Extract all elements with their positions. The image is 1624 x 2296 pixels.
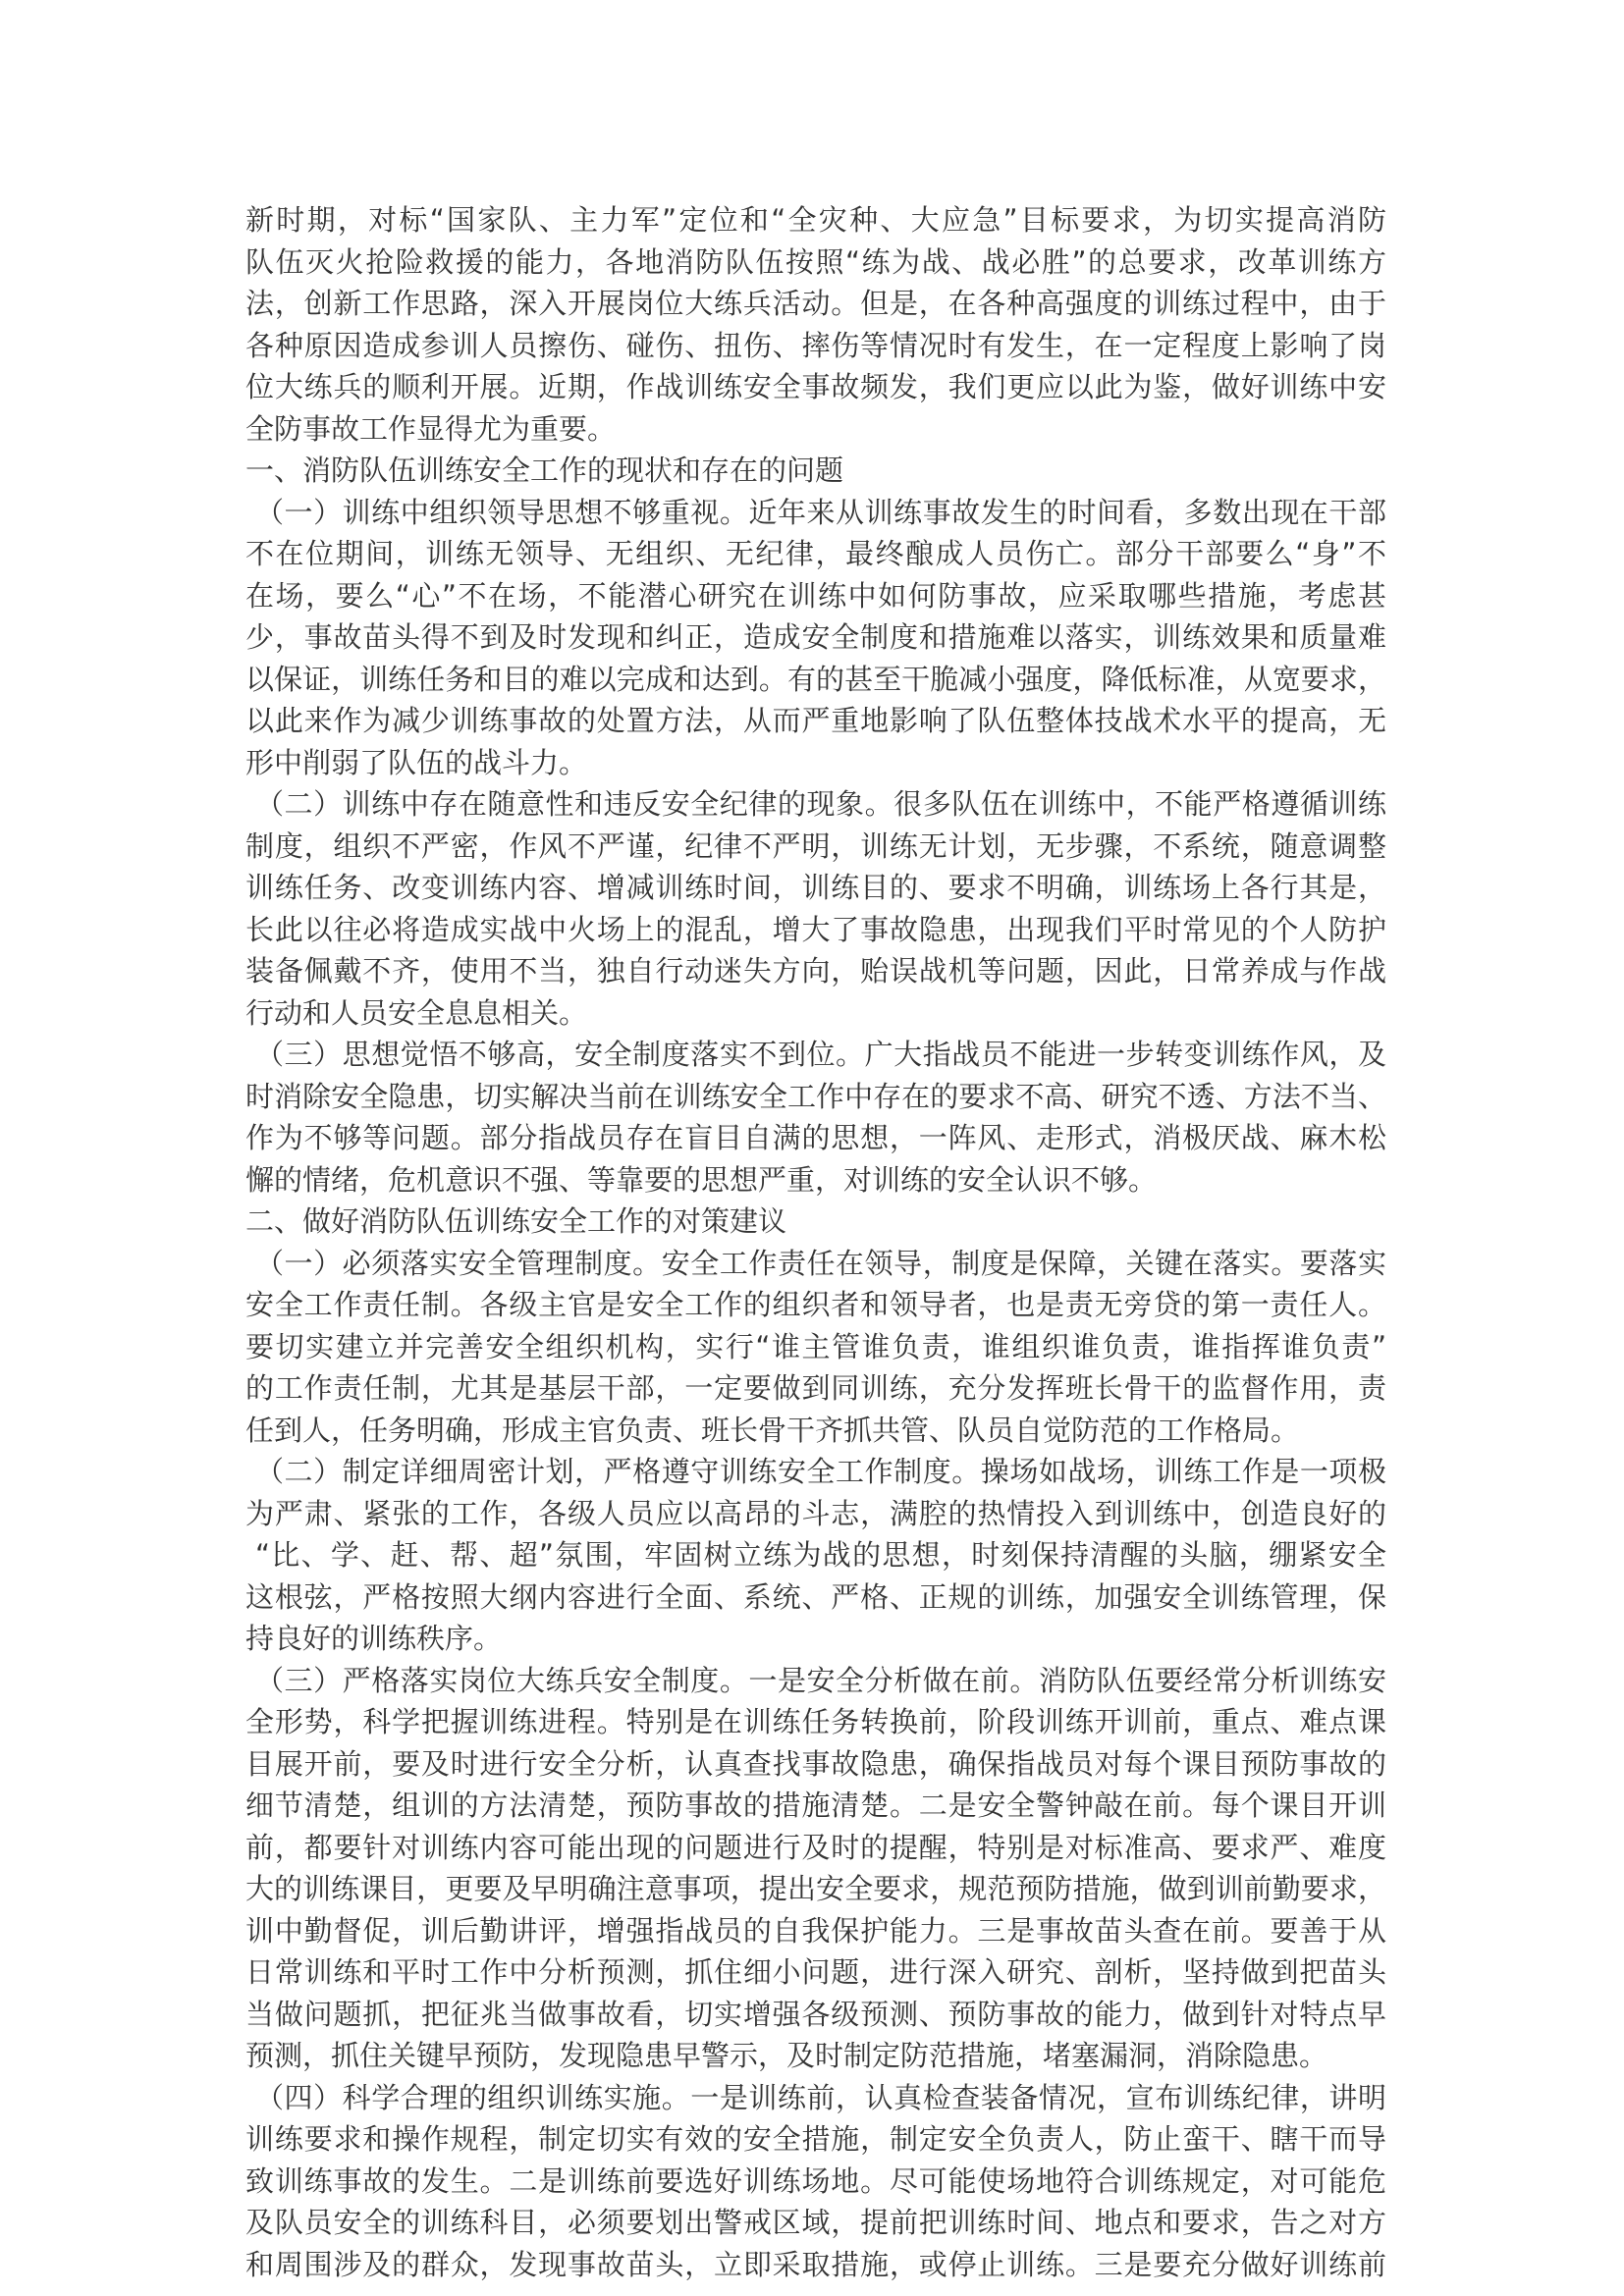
text-line: 全形势，科学把握训练进程。特别是在训练任务转换前，阶段训练开训前，重点、难点课 xyxy=(245,1701,1386,1743)
text-line: 这根弦，严格按照大纲内容进行全面、系统、严格、正规的训练，加强安全训练管理，保 xyxy=(245,1576,1386,1619)
text-line: （四）科学合理的组织训练实施。一是训练前，认真检查装备情况，宣布训练纪律，讲明 xyxy=(245,2077,1386,2119)
text-line: （一）必须落实安全管理制度。安全工作责任在领导，制度是保障，关键在落实。要落实 xyxy=(245,1243,1386,1285)
text-line: 细节清楚，组训的方法清楚，预防事故的措施清楚。二是安全警钟敲在前。每个课目开训 xyxy=(245,1785,1386,1827)
text-line: 训中勤督促，训后勤讲评，增强指战员的自我保护能力。三是事故苗头查在前。要善于从 xyxy=(245,1910,1386,1952)
text-line: 以此来作为减少训练事故的处置方法，从而严重地影响了队伍整体技战术水平的提高，无 xyxy=(245,700,1386,742)
section1-paragraph-1: （一）训练中组织领导思想不够重视。近年来从训练事故发生的时间看，多数出现在干部 … xyxy=(245,492,1386,784)
text-line: 长此以往必将造成实战中火场上的混乱，增大了事故隐患，出现我们平时常见的个人防护 xyxy=(245,909,1386,951)
text-line: 和周围涉及的群众，发现事故苗头，立即采取措施，或停止训练。三是要充分做好训练前 xyxy=(245,2244,1386,2286)
intro-paragraph: 新时期，对标“国家队、主力军”定位和“全灾种、大应急”目标要求，为切实提高消防 … xyxy=(245,199,1386,450)
section1-paragraph-3: （三）思想觉悟不够高，安全制度落实不到位。广大指战员不能进一步转变训练作风，及 … xyxy=(245,1034,1386,1201)
section2-paragraph-1: （一）必须落实安全管理制度。安全工作责任在领导，制度是保障，关键在落实。要落实 … xyxy=(245,1243,1386,1452)
text-line: （二）制定详细周密计划，严格遵守训练安全工作制度。操场如战场，训练工作是一项极 xyxy=(245,1451,1386,1493)
text-line: 训练任务、改变训练内容、增减训练时间，训练目的、要求不明确，训练场上各行其是， xyxy=(245,867,1386,909)
text-line: 持良好的训练秩序。 xyxy=(245,1618,1386,1660)
text-line: 作为不够等问题。部分指战员存在盲目自满的思想，一阵风、走形式，消极厌战、麻木松 xyxy=(245,1117,1386,1159)
section-heading-1: 一、消防队伍训练安全工作的现状和存在的问题 xyxy=(245,450,1386,492)
text-line: 装备佩戴不齐，使用不当，独自行动迷失方向，贻误战机等问题，因此，日常养成与作战 xyxy=(245,950,1386,992)
text-line: 训练要求和操作规程，制定切实有效的安全措施，制定安全负责人，防止蛮干、瞎干而导 xyxy=(245,2118,1386,2161)
section2-paragraph-4: （四）科学合理的组织训练实施。一是训练前，认真检查装备情况，宣布训练纪律，讲明 … xyxy=(245,2077,1386,2286)
text-line: 目展开前，要及时进行安全分析，认真查找事故隐患，确保指战员对每个课目预防事故的 xyxy=(245,1743,1386,1786)
text-line: 前，都要针对训练内容可能出现的问题进行及时的提醒，特别是对标准高、要求严、难度 xyxy=(245,1827,1386,1869)
text-line: 为严肃、紧张的工作，各级人员应以高昂的斗志，满腔的热情投入到训练中，创造良好的 xyxy=(245,1493,1386,1535)
text-line: 法，创新工作思路，深入开展岗位大练兵活动。但是，在各种高强度的训练过程中，由于 xyxy=(245,283,1386,325)
text-line: 制度，组织不严密，作风不严谨，纪律不严明，训练无计划，无步骤，不系统，随意调整 xyxy=(245,826,1386,868)
text-line: 形中削弱了队伍的战斗力。 xyxy=(245,742,1386,784)
text-line: 大的训练课目，更要及早明确注意事项，提出安全要求，规范预防措施，做到训前勤要求， xyxy=(245,1868,1386,1910)
text-line: 少，事故苗头得不到及时发现和纠正，造成安全制度和措施难以落实，训练效果和质量难 xyxy=(245,616,1386,659)
text-line: 致训练事故的发生。二是训练前要选好训练场地。尽可能使场地符合训练规定，对可能危 xyxy=(245,2161,1386,2203)
text-line: （三）严格落实岗位大练兵安全制度。一是安全分析做在前。消防队伍要经常分析训练安 xyxy=(245,1660,1386,1702)
text-line: 位大练兵的顺利开展。近期，作战训练安全事故频发，我们更应以此为鉴，做好训练中安 xyxy=(245,366,1386,408)
text-line: 当做问题抓，把征兆当做事故看，切实增强各级预测、预防事故的能力，做到针对特点早 xyxy=(245,1994,1386,2036)
text-line: （三）思想觉悟不够高，安全制度落实不到位。广大指战员不能进一步转变训练作风，及 xyxy=(245,1034,1386,1076)
text-line: “比、学、赶、帮、超”氛围，牢固树立练为战的思想，时刻保持清醒的头脑，绷紧安全 xyxy=(245,1534,1386,1576)
text-line: 各种原因造成参训人员擦伤、碰伤、扭伤、摔伤等情况时有发生，在一定程度上影响了岗 xyxy=(245,325,1386,367)
text-line: 要切实建立并完善安全组织机构，实行“谁主管谁负责，谁组织谁负责，谁指挥谁负责” xyxy=(245,1326,1386,1368)
text-line: （一）训练中组织领导思想不够重视。近年来从训练事故发生的时间看，多数出现在干部 xyxy=(245,492,1386,534)
text-line: 的工作责任制，尤其是基层干部，一定要做到同训练，充分发挥班长骨干的监督作用，责 xyxy=(245,1367,1386,1410)
text-line: 任到人，任务明确，形成主官负责、班长骨干齐抓共管、队员自觉防范的工作格局。 xyxy=(245,1410,1386,1452)
section-heading-2: 二、做好消防队伍训练安全工作的对策建议 xyxy=(245,1201,1386,1243)
text-line: （二）训练中存在随意性和违反安全纪律的现象。很多队伍在训练中，不能严格遵循训练 xyxy=(245,783,1386,826)
section1-paragraph-2: （二）训练中存在随意性和违反安全纪律的现象。很多队伍在训练中，不能严格遵循训练 … xyxy=(245,783,1386,1034)
text-line: 以保证，训练任务和目的难以完成和达到。有的甚至干脆减小强度，降低标准，从宽要求， xyxy=(245,659,1386,701)
section2-paragraph-2: （二）制定详细周密计划，严格遵守训练安全工作制度。操场如战场，训练工作是一项极 … xyxy=(245,1451,1386,1660)
section2-paragraph-3: （三）严格落实岗位大练兵安全制度。一是安全分析做在前。消防队伍要经常分析训练安 … xyxy=(245,1660,1386,2077)
text-line: 及队员安全的训练科目，必须要划出警戒区域，提前把训练时间、地点和要求，告之对方 xyxy=(245,2202,1386,2244)
document-page: 新时期，对标“国家队、主力军”定位和“全灾种、大应急”目标要求，为切实提高消防 … xyxy=(245,199,1386,2285)
text-line: 预测，抓住关键早预防，发现隐患早警示，及时制定防范措施，堵塞漏洞，消除隐患。 xyxy=(245,2035,1386,2077)
text-line: 新时期，对标“国家队、主力军”定位和“全灾种、大应急”目标要求，为切实提高消防 xyxy=(245,199,1386,241)
text-line: 行动和人员安全息息相关。 xyxy=(245,992,1386,1035)
text-line: 时消除安全隐患，切实解决当前在训练安全工作中存在的要求不高、研究不透、方法不当、 xyxy=(245,1076,1386,1118)
text-line: 日常训练和平时工作中分析预测，抓住细小问题，进行深入研究、剖析，坚持做到把苗头 xyxy=(245,1951,1386,1994)
text-line: 在场，要么“心”不在场，不能潜心研究在训练中如何防事故，应采取哪些措施，考虑甚 xyxy=(245,575,1386,617)
text-line: 队伍灭火抢险救援的能力，各地消防队伍按照“练为战、战必胜”的总要求，改革训练方 xyxy=(245,241,1386,284)
text-line: 安全工作责任制。各级主官是安全工作的组织者和领导者，也是责无旁贷的第一责任人。 xyxy=(245,1284,1386,1326)
text-line: 全防事故工作显得尤为重要。 xyxy=(245,408,1386,451)
text-line: 懈的情绪，危机意识不强、等靠要的思想严重，对训练的安全认识不够。 xyxy=(245,1159,1386,1201)
text-line: 不在位期间，训练无领导、无组织、无纪律，最终酿成人员伤亡。部分干部要么“身”不 xyxy=(245,533,1386,575)
